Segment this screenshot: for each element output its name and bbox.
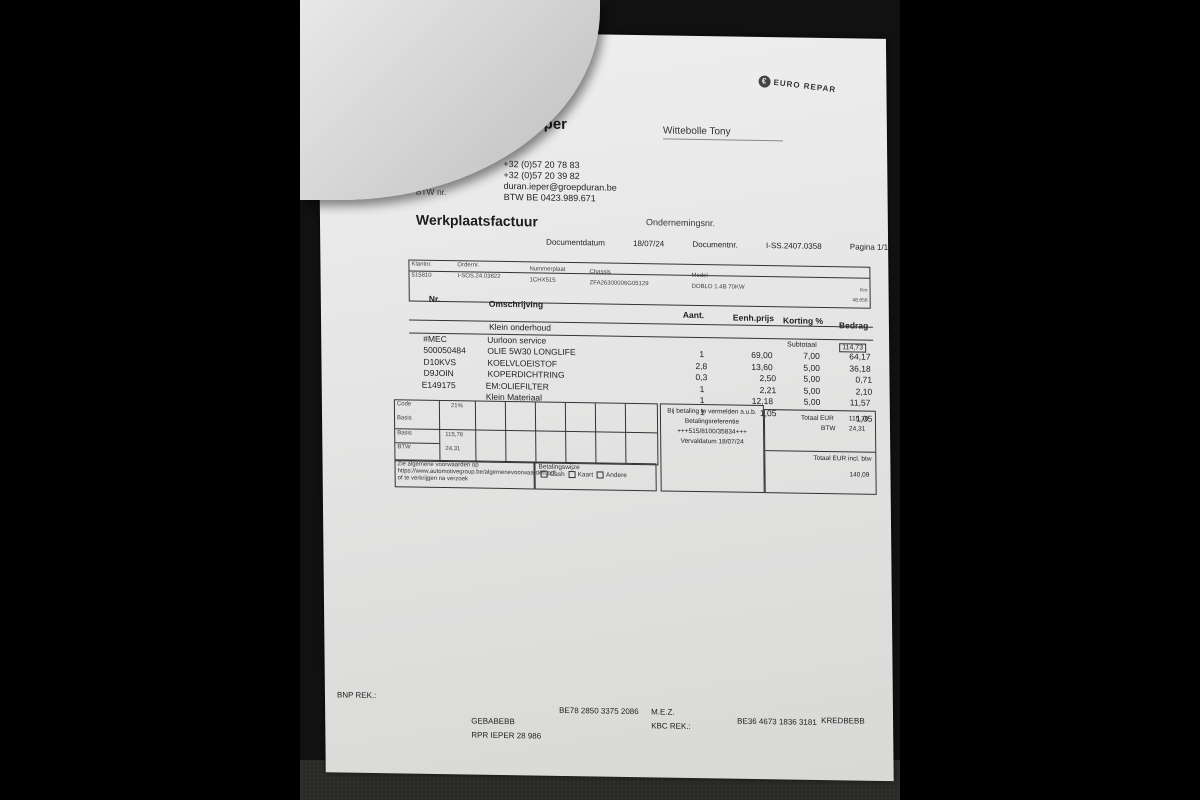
item-desc: KOELVLOEISTOF bbox=[487, 357, 557, 368]
option-cash: Cash bbox=[550, 471, 565, 478]
item-amount: 64,17 bbox=[849, 351, 870, 361]
item-nr: D9JOIN bbox=[424, 368, 454, 378]
terms-text: Zie algemene voorwaarden op https://www.… bbox=[394, 459, 534, 489]
nummerplaat-label: Nummerplaat bbox=[529, 266, 565, 273]
vat-table: Code 21% Basis Basis 115,78 BTW 24,31 bbox=[394, 399, 659, 465]
summary-section: Code 21% Basis Basis 115,78 BTW 24,31 Zi… bbox=[394, 399, 877, 497]
payment-method: Betalingswijze Cash Kaart Andere bbox=[534, 461, 656, 491]
item-qty: 1 bbox=[700, 384, 705, 394]
bnp-bic: GEBABEBB bbox=[471, 716, 515, 726]
checkbox-kaart[interactable] bbox=[569, 471, 576, 478]
payment-reference-box: Bij betaling te vermelden a.u.b. Betalin… bbox=[660, 403, 765, 493]
item-price: 2,21 bbox=[760, 384, 777, 394]
item-qty: 0,3 bbox=[695, 372, 707, 382]
item-nr: D10KVS bbox=[423, 356, 456, 367]
vat-btw-value: 24,31 bbox=[445, 446, 460, 452]
item-nr: #MEC bbox=[423, 333, 447, 343]
vat-basis2-label: Basis bbox=[397, 430, 412, 436]
vat-basis-value: 115,78 bbox=[445, 432, 463, 438]
rpr: RPR IEPER 28 986 bbox=[471, 730, 541, 740]
total-label: Totaal EUR bbox=[801, 415, 834, 423]
euro-repar-logo-icon: € bbox=[758, 75, 771, 88]
nummerplaat-value: 1CHX515 bbox=[530, 277, 556, 283]
document-meta: Documentdatum 18/07/24 Documentnr. I-SS.… bbox=[546, 238, 900, 253]
item-discount: 5,00 bbox=[803, 362, 820, 372]
contact-values: +32 (0)57 20 78 83 +32 (0)57 20 39 82 du… bbox=[503, 159, 617, 205]
photo-frame: €EURO REPAR Garage DURAN Ieper ...laan, … bbox=[300, 0, 900, 800]
documentdatum-label: Documentdatum bbox=[546, 238, 605, 248]
col-aantal: Aant. bbox=[683, 310, 704, 320]
total-value: 115,78 bbox=[849, 415, 868, 422]
group-label: Klein onderhoud bbox=[489, 322, 551, 333]
option-andere: Andere bbox=[606, 472, 627, 479]
item-amount: 0,71 bbox=[855, 374, 872, 384]
subtotal-label: Subtotaal bbox=[787, 341, 817, 348]
documentnr-label: Documentnr. bbox=[692, 240, 737, 250]
chassis-value: ZFA26300006G05129 bbox=[590, 280, 649, 287]
model-label: Model bbox=[691, 273, 707, 279]
item-price: 69,00 bbox=[751, 350, 772, 360]
total-incl-value: 140,09 bbox=[849, 471, 869, 478]
item-desc: EM:OLIEFILTER bbox=[486, 380, 549, 391]
document-title: Werkplaatsfactuur bbox=[416, 212, 538, 230]
item-nr: 500050484 bbox=[423, 345, 466, 356]
vat-code-label: Code bbox=[397, 401, 411, 407]
page-number: Pagina 1/1 bbox=[850, 242, 888, 252]
item-desc: Uurloon service bbox=[487, 334, 546, 345]
item-desc: KOPERDICHTRING bbox=[487, 369, 564, 380]
item-amount: 2,10 bbox=[856, 386, 873, 396]
due-date: Vervaldatum 18/07/24 bbox=[661, 436, 763, 448]
km-label: Km bbox=[860, 288, 868, 294]
item-price: 2,50 bbox=[759, 373, 776, 383]
klantnr-label: Klantnr. bbox=[411, 261, 431, 267]
brand-name: EURO REPAR bbox=[773, 78, 836, 94]
klantnr-value: 515810 bbox=[412, 272, 432, 278]
ondernemingsnr-label: Ondernemingsnr. bbox=[646, 217, 715, 228]
col-nr: Nr. bbox=[429, 294, 440, 304]
item-desc: OLIE 5W30 LONGLIFE bbox=[487, 346, 575, 357]
total-btw-value: 24,31 bbox=[849, 425, 865, 432]
kbc-bic: KREDBEBB bbox=[821, 716, 865, 726]
mez: M.E.Z. bbox=[651, 707, 675, 716]
vat-code-value: 21% bbox=[451, 403, 463, 409]
item-price: 13,60 bbox=[751, 361, 772, 371]
vat-btw-label: BTW bbox=[397, 444, 410, 450]
col-eenhprijs: Eenh.prijs bbox=[733, 313, 774, 324]
bnp-label: BNP REK.: bbox=[337, 690, 377, 700]
totals-box: Totaal EUR 115,78 BTW 24,31 Totaal EUR i… bbox=[764, 409, 877, 495]
kbc-iban: BE36 4673 1836 3181 bbox=[737, 717, 817, 727]
documentdatum-value: 18/07/24 bbox=[633, 239, 664, 248]
model-value: DOBLO 1.4B 70KW bbox=[692, 284, 745, 291]
km-value: 48.656 bbox=[852, 297, 867, 303]
col-korting: Korting % bbox=[783, 315, 823, 326]
item-nr: E149175 bbox=[422, 379, 456, 390]
ordernr-label: Ordernr. bbox=[457, 262, 479, 268]
kbc-label: KBC REK.: bbox=[651, 721, 691, 731]
brand-logo: €EURO REPAR bbox=[758, 75, 837, 96]
option-kaart: Kaart bbox=[578, 471, 594, 478]
item-discount: 7,00 bbox=[803, 351, 820, 361]
vat-basis-label: Basis bbox=[397, 415, 412, 421]
chassis-label: Chassis bbox=[589, 269, 610, 275]
ordernr-value: I-SOS.24.03822 bbox=[458, 273, 501, 280]
col-omschrijving: Omschrijving bbox=[489, 299, 543, 310]
checkbox-andere[interactable] bbox=[597, 471, 604, 478]
item-discount: 5,00 bbox=[804, 385, 821, 395]
item-discount: 5,00 bbox=[803, 374, 820, 384]
item-amount: 36,18 bbox=[849, 363, 870, 373]
vehicle-info-box: Klantnr. 515810 Ordernr. I-SOS.24.03822 … bbox=[408, 259, 870, 308]
value-btw: BTW BE 0423.989.671 bbox=[504, 192, 617, 205]
documentnr-value: I-SS.2407.0358 bbox=[766, 241, 822, 251]
checkbox-cash[interactable] bbox=[541, 471, 548, 478]
customer-name: Wittebolle Tony bbox=[663, 125, 783, 141]
item-qty: 1 bbox=[699, 349, 704, 359]
item-qty: 2,8 bbox=[695, 360, 707, 370]
total-incl-label: Totaal EUR incl. btw bbox=[813, 455, 871, 463]
bnp-iban: BE78 2850 3375 2086 bbox=[559, 706, 639, 716]
total-btw-label: BTW bbox=[821, 425, 836, 432]
